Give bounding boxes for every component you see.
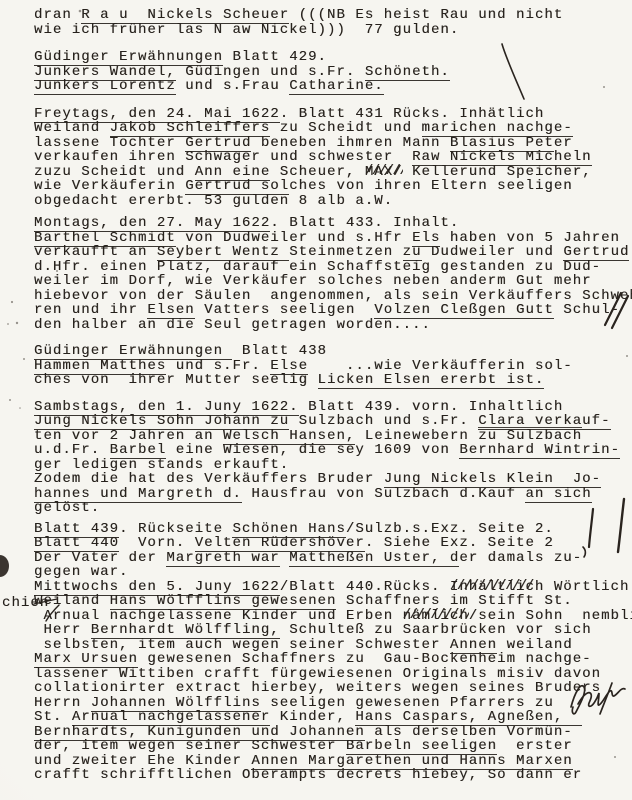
text-line: wie ich früher las N aw Nickel))) 77 gul… (34, 23, 632, 38)
text-line: Herrn Johannen Wölfflins seeligen gewese… (34, 696, 632, 711)
text-line: Mittwochs den 5. Juny 1622/Blatt 440.Rüc… (34, 580, 632, 595)
text-line: gegen war. (34, 565, 632, 580)
text-line: Herr Bernhardt Wölffling, Schulteß zu Sa… (34, 623, 632, 638)
text-line: Blatt 440 Vorn. Velten Rüdershöver. Sieh… (34, 536, 632, 551)
text-line: Weiland Jakob Schleiffers zu Scheidt und… (34, 121, 632, 136)
paragraph: Güdinger Erwähnungen Blatt 429.Junkers W… (34, 50, 632, 94)
text-line: d.Hfr. einen Platz, darauf ein Schaffste… (34, 260, 632, 275)
text-line: collationirter extract hierbey, weiters … (34, 681, 632, 696)
text-line: u.d.Fr. Barbel eine Wiesen, die sey 1609… (34, 443, 632, 458)
text-line: Montags, den 27. May 1622. Blatt 433. In… (34, 216, 632, 231)
text-line: Arnual nachgelassene Kinder und Erben nä… (34, 609, 632, 624)
paragraph: Blatt 439. Rückseite Schönen Hans/Sulzb.… (34, 522, 632, 783)
text-line: Sambstags, den 1. Juny 1622. Blatt 439. … (34, 400, 632, 415)
text-line: weiler im Dorf, wie Verkäufer solches ne… (34, 274, 632, 289)
text-line: lassene Tochter Gertrud beneben ihmren M… (34, 136, 632, 151)
text-line: lassener Wittiben crafft fürgewiesenen O… (34, 667, 632, 682)
text-line: Hammen Matthes und s.Fr. Else ...wie Ver… (34, 359, 632, 374)
scanned-document-page: dran R a u Nickels Scheuer (((NB Es heis… (0, 0, 632, 800)
text-line: selbsten, item auch wegen seiner Schwest… (34, 638, 632, 653)
text-line: St. Arnual nachgelassener Kinder, Hans C… (34, 710, 632, 725)
text-line: verkaufft an Seybert Wentz Steinmetzen z… (34, 245, 632, 260)
text-line: obgedacht ererbt. 53 gulden 8 alb a.W. (34, 194, 632, 209)
text-line: Marx Ursuen gewesenen Schaffners zu Gau-… (34, 652, 632, 667)
text-line: ren und ihr Elsen Vatters seeligen Volze… (34, 303, 632, 318)
text-line: verkaufen ihren Schwager und schwester R… (34, 150, 632, 165)
text-line: Weiland Hans Wölfflins gewesenen Schaffn… (34, 594, 632, 609)
paragraph: Güdinger Erwähnungen Blatt 438Hammen Mat… (34, 344, 632, 388)
handwritten-margin-note: chien (2, 596, 49, 611)
text-line: Junkers Wandel, Güdingen und s.Fr. Schön… (34, 65, 632, 80)
text-line: und zweiter Ehe Kinder Annen Margarethen… (34, 754, 632, 769)
text-line: Freytags, den 24. Mai 1622. Blatt 431 Rü… (34, 107, 632, 122)
text-line: Barthel Schmidt von Dudweiler und s.Hfr … (34, 231, 632, 246)
text-line: ger ledigen stands erkauft. (34, 458, 632, 473)
text-line: Bernhardts, Kunigunden und Johannen als … (34, 725, 632, 740)
text-line: Blatt 439. Rückseite Schönen Hans/Sulzb.… (34, 522, 632, 537)
text-line: Junkers Lorentz und s.Frau Catharine. (34, 79, 632, 94)
text-line: crafft schrifftlichen Oberampts decrets … (34, 768, 632, 783)
text-line: Güdinger Erwähnungen Blatt 429. (34, 50, 632, 65)
text-line: hannes und Margreth d. Hausfrau von Sulz… (34, 487, 632, 502)
typewritten-text-block: dran R a u Nickels Scheuer (((NB Es heis… (34, 8, 632, 783)
text-line: Der Vater der Margreth war Mattheßen Ust… (34, 551, 632, 566)
text-line: ten vor 2 Jahren an Welsch Hansen, Leine… (34, 429, 632, 444)
text-line: zuzu Scheidt und Ann eine Scheuer, MAX/ … (34, 165, 632, 180)
text-line: wie Verkäuferin Gertrud solches von ihre… (34, 179, 632, 194)
text-line: dran R a u Nickels Scheuer (((NB Es heis… (34, 8, 632, 23)
text-line: der, item wegen seiner Schwester Barbeln… (34, 739, 632, 754)
paragraph: Freytags, den 24. Mai 1622. Blatt 431 Rü… (34, 107, 632, 209)
paragraph: Sambstags, den 1. Juny 1622. Blatt 439. … (34, 400, 632, 516)
text-line: ches von ihrer Mutter seelig Licken Else… (34, 373, 632, 388)
text-line: hiebevor von der Säulen angenommen, als … (34, 289, 632, 304)
text-line: Zodem die hat des Verkäuffers Bruder Jun… (34, 472, 632, 487)
ink-blob (0, 555, 9, 577)
text-line: den halber an die Seul getragen worden..… (34, 318, 632, 333)
paragraph: dran R a u Nickels Scheuer (((NB Es heis… (34, 8, 632, 37)
paragraph: Montags, den 27. May 1622. Blatt 433. In… (34, 216, 632, 332)
text-line: gelöst. (34, 501, 632, 516)
text-line: Güdinger Erwähnungen Blatt 438 (34, 344, 632, 359)
